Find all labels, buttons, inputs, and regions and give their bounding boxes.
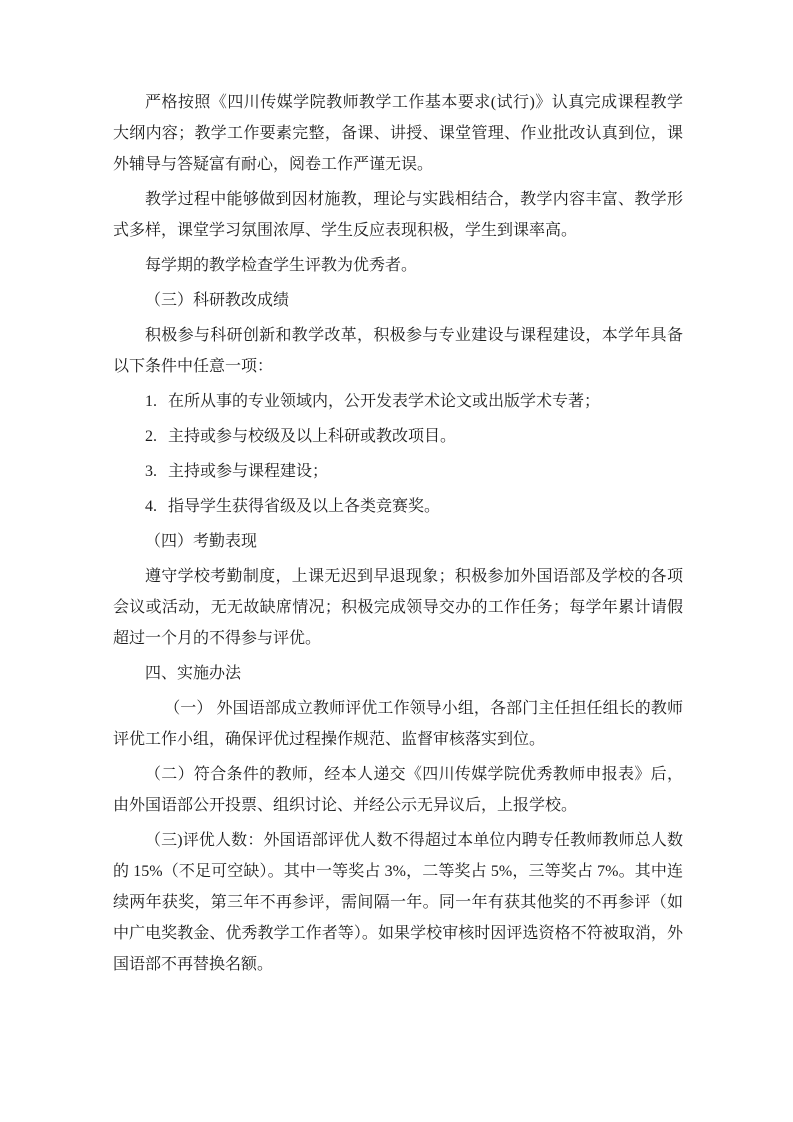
paragraph-teaching-process: 教学过程中能够做到因材施教，理论与实践相结合，教学内容丰富、教学形式多样，课堂学…: [113, 184, 683, 246]
paragraph-attendance-rules: 遵守学校考勤制度，上课无迟到早退现象；积极参加外国语部及学校的各项会议或活动，无…: [113, 561, 683, 654]
paragraph-teaching-requirements: 严格按照《四川传媒学院教师教学工作基本要求(试行)》认真完成课程教学大纲内容；教…: [113, 87, 683, 180]
section-heading-implementation: 四、实施办法: [113, 658, 683, 689]
list-item-number: 3.: [145, 463, 157, 480]
section-heading-attendance: （四）考勤表现: [113, 526, 683, 557]
list-item-number: 2.: [145, 428, 157, 445]
paragraph-research-intro: 积极参与科研创新和教学改革，积极参与专业建设与课程建设，本学年具备以下条件中任意…: [113, 320, 683, 382]
list-item-text: 在所从事的专业领域内，公开发表学术论文或出版学术专著；: [168, 393, 600, 410]
list-item-number: 4.: [145, 498, 157, 515]
list-item-1: 1.在所从事的专业领域内，公开发表学术论文或出版学术专著；: [113, 386, 683, 417]
paragraph-implementation-3-quota: （三)评优人数：外国语部评优人数不得超过本单位内聘专任教师教师总人数的 15%（…: [113, 825, 683, 980]
list-item-number: 1.: [145, 393, 157, 410]
paragraph-implementation-2: （二）符合条件的教师，经本人递交《四川传媒学院优秀教师申报表》后，由外国语部公开…: [113, 759, 683, 821]
list-item-2: 2.主持或参与校级及以上科研或教改项目。: [113, 421, 683, 452]
paragraph-evaluation-excellent: 每学期的教学检查学生评教为优秀者。: [113, 250, 683, 281]
document-body: 严格按照《四川传媒学院教师教学工作基本要求(试行)》认真完成课程教学大纲内容；教…: [113, 87, 683, 980]
section-heading-research-achievements: （三）科研教改成绩: [113, 285, 683, 316]
list-item-text: 指导学生获得省级及以上各类竞赛奖。: [168, 498, 440, 515]
list-item-3: 3.主持或参与课程建设；: [113, 456, 683, 487]
document-page: 严格按照《四川传媒学院教师教学工作基本要求(试行)》认真完成课程教学大纲内容；教…: [0, 0, 793, 1122]
list-item-text: 主持或参与校级及以上科研或教改项目。: [168, 428, 456, 445]
list-item-4: 4.指导学生获得省级及以上各类竞赛奖。: [113, 491, 683, 522]
paragraph-implementation-1: （一） 外国语部成立教师评优工作领导小组，各部门主任担任组长的教师评优工作小组，…: [113, 693, 683, 755]
list-item-text: 主持或参与课程建设；: [168, 463, 328, 480]
